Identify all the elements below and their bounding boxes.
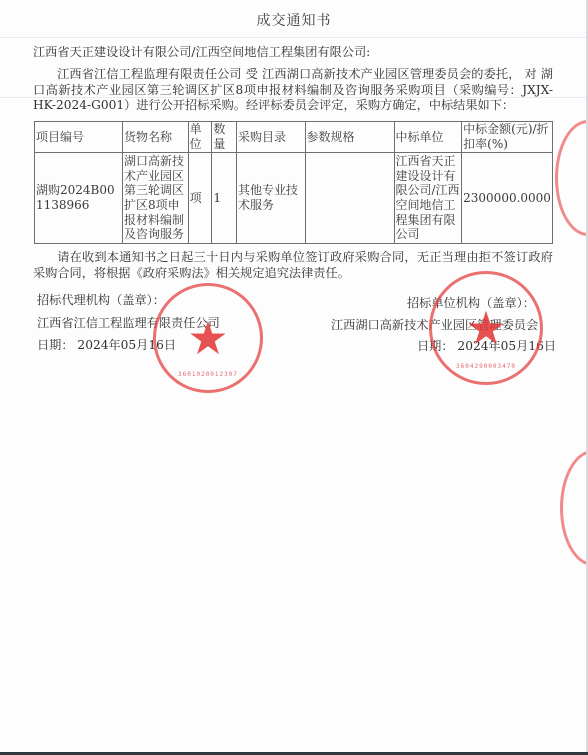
seal-number: 3604290003470 (432, 363, 540, 370)
header-quantity: 数量 (212, 122, 237, 153)
header-project-no: 项目编号 (35, 122, 123, 153)
star-icon: ★ (187, 315, 228, 361)
intro-text: 江西省江信工程监理有限责任公司 受 江西湖口高新技术产业园区管理委员会的委托， … (33, 67, 553, 112)
intro-paragraph: 江西省江信工程监理有限责任公司 受 江西湖口高新技术产业园区管理委员会的委托， … (33, 67, 553, 114)
buyer-official-seal: ★ 3604290003470 (429, 271, 543, 385)
table-header-row: 项目编号 货物名称 单位 数量 采购目录 参数规格 中标单位 中标金额(元)/折… (35, 122, 553, 153)
star-icon: ★ (465, 305, 506, 351)
cell-spec (305, 153, 394, 244)
cell-quantity: 1 (212, 153, 237, 244)
scan-line (0, 37, 588, 38)
header-catalog: 采购目录 (237, 122, 306, 153)
seal-number: 3601020012307 (156, 371, 260, 378)
document-page: 成交通知书 江西省天正建设设计有限公司/江西空间地信工程集团有限公司: 江西省江… (0, 0, 588, 752)
document-title: 成交通知书 (0, 10, 588, 30)
result-table: 项目编号 货物名称 单位 数量 采购目录 参数规格 中标单位 中标金额(元)/折… (34, 121, 553, 244)
agent-label: 招标代理机构（盖章）： (37, 291, 165, 308)
cell-amount: 2300000.0000 (462, 153, 553, 244)
cell-unit: 项 (188, 153, 212, 244)
cell-catalog: 其他专业技术服务 (237, 153, 306, 244)
addressee: 江西省天正建设设计有限公司/江西空间地信工程集团有限公司: (33, 43, 370, 60)
header-spec: 参数规格 (305, 122, 394, 153)
agent-official-seal: ★ 3601020012307 (153, 283, 263, 393)
header-unit: 单位 (188, 122, 212, 153)
table-row: 湖购2024B001138966 湖口高新技术产业园区第三轮调区扩区8项申报材料… (35, 153, 553, 244)
cell-project-no: 湖购2024B001138966 (35, 153, 123, 244)
header-winner: 中标单位 (394, 122, 462, 153)
header-amount: 中标金额(元)/折扣率(%) (462, 122, 553, 153)
header-goods-name: 货物名称 (122, 122, 188, 153)
cell-winner: 江西省天正建设设计有限公司/江西空间地信工程集团有限公司 (394, 153, 462, 244)
cell-goods-name: 湖口高新技术产业园区第三轮调区扩区8项申报材料编制及咨询服务 (122, 153, 188, 244)
partial-seal-edge (560, 450, 588, 566)
partial-seal-edge (555, 120, 588, 236)
